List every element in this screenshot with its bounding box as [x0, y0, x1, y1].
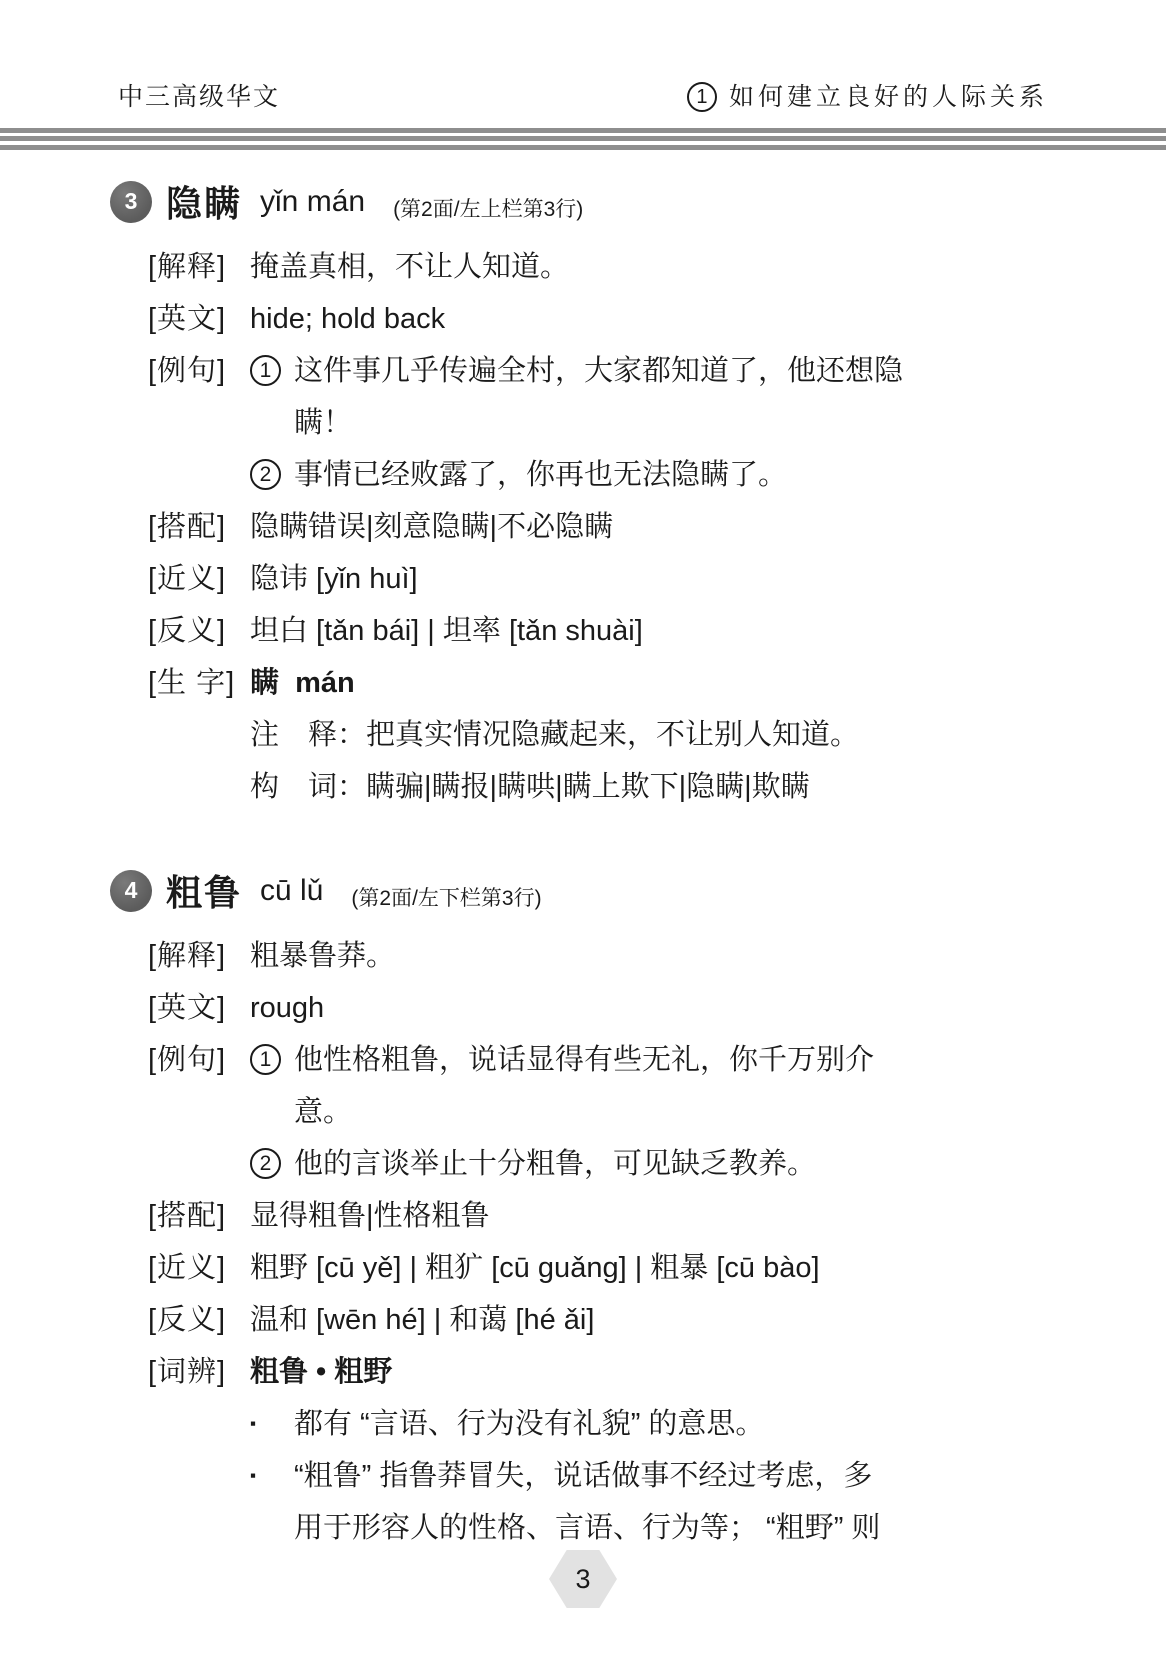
- bullet-list: ▪ 都有 “言语、行为没有礼貌” 的意思。 ▪ “粗鲁” 指鲁莽冒失，说话做事不…: [250, 1398, 1056, 1554]
- row-label: [反义]: [148, 1294, 250, 1346]
- word-discrimination-row: [词辨] 粗鲁 • 粗野: [110, 1346, 1056, 1398]
- example-text: 这件事几乎传遍全村，大家都知道了，他还想隐 瞒！: [294, 345, 1056, 449]
- page-content: 3 隐瞒 yǐn mán (第2面/左上栏第3行) [解释] 掩盖真相，不让人知…: [110, 176, 1056, 1554]
- english-row: [英文] rough: [110, 982, 1056, 1034]
- circled-number-icon: 2: [250, 1148, 281, 1179]
- row-text: 坦白 [tǎn bái] | 坦率 [tǎn shuài]: [250, 605, 1056, 657]
- circled-number-icon: 2: [250, 459, 281, 490]
- annotation-row: 注 释：把真实情况隐藏起来，不让别人知道。: [110, 709, 1056, 761]
- entry-number-badge: 3: [110, 181, 152, 223]
- row-text: 隐讳 [yǐn huì]: [250, 553, 1056, 605]
- word-formation-row: 构 词：瞒骗|瞒报|瞒哄|瞒上欺下|隐瞒|欺瞒: [110, 761, 1056, 813]
- square-bullet-icon: ▪: [250, 1398, 294, 1450]
- row-text: hide; hold back: [250, 293, 1056, 345]
- entry-pinyin: cū lǔ: [260, 874, 323, 908]
- circled-number-icon: 1: [250, 1044, 281, 1075]
- row-text: 构 词：瞒骗|瞒报|瞒哄|瞒上欺下|隐瞒|欺瞒: [250, 761, 1056, 813]
- entry-pinyin: yǐn mán: [260, 185, 365, 219]
- row-label: [近义]: [148, 1242, 250, 1294]
- entry-location: (第2面/左下栏第3行): [351, 882, 541, 916]
- example-item: 1 他性格粗鲁，说话显得有些无礼，你千万别介 意。: [250, 1034, 1056, 1138]
- example-list: 1 他性格粗鲁，说话显得有些无礼，你千万别介 意。 2 他的言谈举止十分粗鲁，可…: [250, 1034, 1056, 1190]
- example-item: 2 他的言谈举止十分粗鲁，可见缺乏教养。: [250, 1138, 1056, 1190]
- antonym-row: [反义] 坦白 [tǎn bái] | 坦率 [tǎn shuài]: [110, 605, 1056, 657]
- chapter-title: 1 如何建立良好的人际关系: [687, 82, 1048, 112]
- square-bullet-icon: ▪: [250, 1450, 294, 1502]
- collocation-row: [搭配] 显得粗鲁|性格粗鲁: [110, 1190, 1056, 1242]
- row-text: 粗鲁 • 粗野: [250, 1346, 1056, 1398]
- row-label: [搭配]: [148, 1190, 250, 1242]
- row-text: 温和 [wēn hé] | 和蔼 [hé ǎi]: [250, 1294, 1056, 1346]
- example-text: 他的言谈举止十分粗鲁，可见缺乏教养。: [294, 1138, 1056, 1190]
- entry-location: (第2面/左上栏第3行): [393, 193, 583, 227]
- example-list: 1 这件事几乎传遍全村，大家都知道了，他还想隐 瞒！ 2 事情已经败露了，你再也…: [250, 345, 1056, 501]
- discrimination-notes: ▪ 都有 “言语、行为没有礼貌” 的意思。 ▪ “粗鲁” 指鲁莽冒失，说话做事不…: [110, 1398, 1056, 1554]
- row-label: [词辨]: [148, 1346, 250, 1398]
- circled-number-icon: 1: [250, 355, 281, 386]
- entry-number-badge: 4: [110, 870, 152, 912]
- row-label: [反义]: [148, 605, 250, 657]
- entry-word: 隐瞒: [166, 176, 242, 227]
- row-label: [英文]: [148, 293, 250, 345]
- vocab-entry-yinman: 3 隐瞒 yǐn mán (第2面/左上栏第3行) [解释] 掩盖真相，不让人知…: [110, 176, 1056, 813]
- definition-row: [解释] 掩盖真相，不让人知道。: [110, 241, 1056, 293]
- example-text: 事情已经败露了，你再也无法隐瞒了。: [294, 449, 1056, 501]
- chapter-title-text: 如何建立良好的人际关系: [729, 82, 1048, 112]
- entry-word: 粗鲁: [166, 865, 242, 916]
- book-title: 中三高级华文: [118, 82, 280, 112]
- running-head: 中三高级华文 1 如何建立良好的人际关系: [118, 0, 1048, 112]
- row-text: rough: [250, 982, 1056, 1034]
- row-label: [解释]: [148, 930, 250, 982]
- entry-header: 4 粗鲁 cū lǔ (第2面/左下栏第3行): [110, 865, 1056, 916]
- header-divider: [0, 128, 1166, 150]
- page-number: 3: [575, 1564, 590, 1595]
- examples-row: [例句] 1 这件事几乎传遍全村，大家都知道了，他还想隐 瞒！ 2 事情已经败露…: [110, 345, 1056, 501]
- row-label: [解释]: [148, 241, 250, 293]
- english-row: [英文] hide; hold back: [110, 293, 1056, 345]
- row-label: [生 字]: [148, 657, 250, 709]
- definition-row: [解释] 粗暴鲁莽。: [110, 930, 1056, 982]
- row-label: [例句]: [148, 345, 250, 397]
- synonym-row: [近义] 粗野 [cū yě] | 粗犷 [cū guǎng] | 粗暴 [cū…: [110, 1242, 1056, 1294]
- row-label: [近义]: [148, 553, 250, 605]
- page-number-badge: 3: [549, 1550, 617, 1608]
- collocation-row: [搭配] 隐瞒错误|刻意隐瞒|不必隐瞒: [110, 501, 1056, 553]
- row-label: [例句]: [148, 1034, 250, 1086]
- bullet-item: ▪ 都有 “言语、行为没有礼貌” 的意思。: [250, 1398, 1056, 1450]
- row-text: 注 释：把真实情况隐藏起来，不让别人知道。: [250, 709, 1056, 761]
- new-character-row: [生 字] 瞒 mán: [110, 657, 1056, 709]
- bullet-item: ▪ “粗鲁” 指鲁莽冒失，说话做事不经过考虑，多 用于形容人的性格、言语、行为等…: [250, 1450, 1056, 1554]
- row-text: 粗暴鲁莽。: [250, 930, 1056, 982]
- row-text: 粗野 [cū yě] | 粗犷 [cū guǎng] | 粗暴 [cū bào]: [250, 1242, 1056, 1294]
- row-text: 显得粗鲁|性格粗鲁: [250, 1190, 1056, 1242]
- example-item: 1 这件事几乎传遍全村，大家都知道了，他还想隐 瞒！: [250, 345, 1056, 449]
- row-label: [英文]: [148, 982, 250, 1034]
- row-text: 掩盖真相，不让人知道。: [250, 241, 1056, 293]
- bullet-text: “粗鲁” 指鲁莽冒失，说话做事不经过考虑，多 用于形容人的性格、言语、行为等； …: [294, 1450, 1056, 1554]
- row-text: 隐瞒错误|刻意隐瞒|不必隐瞒: [250, 501, 1056, 553]
- synonym-row: [近义] 隐讳 [yǐn huì]: [110, 553, 1056, 605]
- antonym-row: [反义] 温和 [wēn hé] | 和蔼 [hé ǎi]: [110, 1294, 1056, 1346]
- chapter-number-icon: 1: [687, 82, 717, 112]
- example-text: 他性格粗鲁，说话显得有些无礼，你千万别介 意。: [294, 1034, 1056, 1138]
- examples-row: [例句] 1 他性格粗鲁，说话显得有些无礼，你千万别介 意。 2 他的言谈举止十…: [110, 1034, 1056, 1190]
- vocab-entry-culu: 4 粗鲁 cū lǔ (第2面/左下栏第3行) [解释] 粗暴鲁莽。 [英文] …: [110, 865, 1056, 1554]
- row-text: 瞒 mán: [250, 657, 1056, 709]
- entry-header: 3 隐瞒 yǐn mán (第2面/左上栏第3行): [110, 176, 1056, 227]
- divider-bar: [0, 145, 1166, 150]
- bullet-text: 都有 “言语、行为没有礼貌” 的意思。: [294, 1398, 1056, 1450]
- example-item: 2 事情已经败露了，你再也无法隐瞒了。: [250, 449, 1056, 501]
- row-label: [搭配]: [148, 501, 250, 553]
